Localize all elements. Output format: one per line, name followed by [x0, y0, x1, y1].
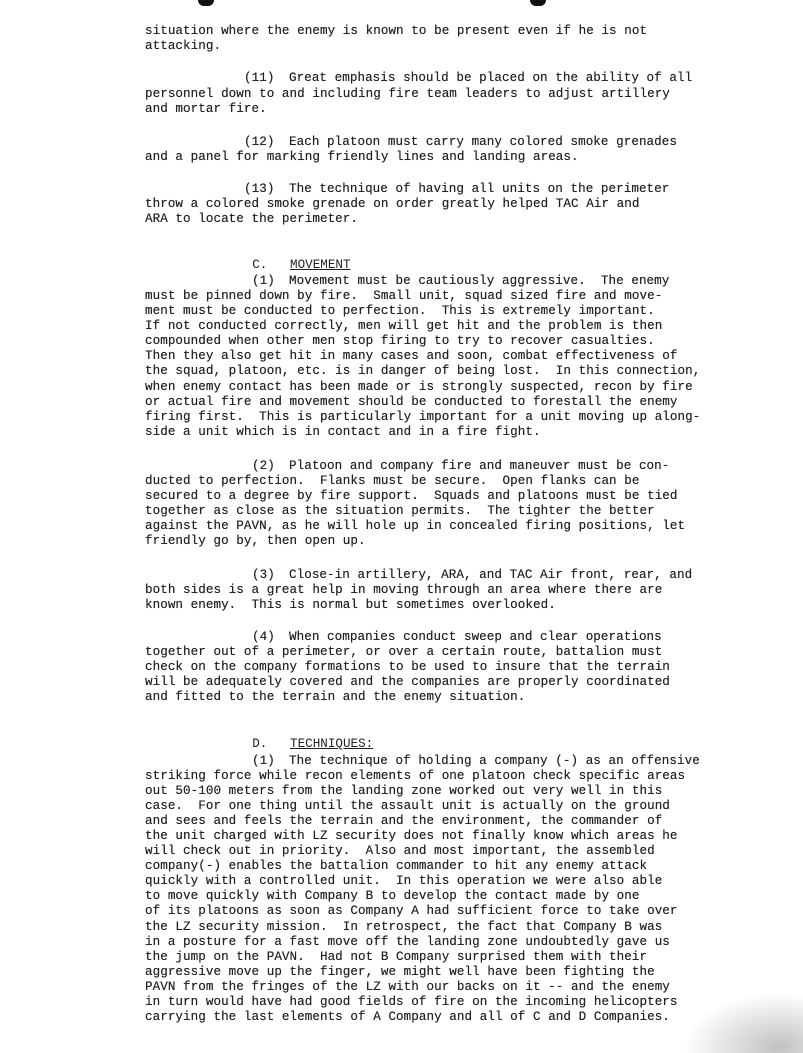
text-line: together as close as the situation permi… [145, 504, 655, 519]
document-page: situation where the enemy is known to be… [0, 0, 803, 1053]
paragraph-number: (12) [244, 135, 274, 150]
text-line: secured to a degree by fire support. Squ… [145, 489, 678, 504]
paragraph-number: (1) [252, 754, 275, 769]
text-line: ARA to locate the perimeter. [145, 212, 358, 227]
text-line: carrying the last elements of A Company … [145, 1010, 670, 1025]
text-line: will check out in priority. Also and mos… [145, 844, 655, 859]
text-line: to move quickly with Company B to develo… [145, 889, 640, 904]
text-line: situation where the enemy is known to be… [145, 24, 647, 39]
text-line: the squad, platoon, etc. is in danger of… [145, 364, 700, 379]
text-line: friendly go by, then open up. [145, 534, 366, 549]
text-line: When companies conduct sweep and clear o… [289, 630, 662, 645]
text-line: or actual fire and movement should be co… [145, 395, 678, 410]
text-line: and a panel for marking friendly lines a… [145, 150, 579, 165]
paragraph-number: (3) [252, 568, 275, 583]
paragraph-number: (13) [244, 182, 274, 197]
binder-hole-mark [530, 0, 546, 6]
text-line: Close-in artillery, ARA, and TAC Air fro… [289, 568, 692, 583]
text-line: against the PAVN, as he will hole up in … [145, 519, 685, 534]
text-line: If not conducted correctly, men will get… [145, 319, 662, 334]
text-line: ment must be conducted to perfection. Th… [145, 304, 655, 319]
text-line: company(-) enables the battalion command… [145, 859, 647, 874]
scan-noise [683, 993, 803, 1053]
text-line: in turn would have had good fields of fi… [145, 995, 678, 1010]
text-line: case. For one thing until the assault un… [145, 799, 670, 814]
text-line: throw a colored smoke grenade on order g… [145, 197, 640, 212]
text-line: compounded when other men stop firing to… [145, 334, 655, 349]
text-line: must be pinned down by fire. Small unit,… [145, 289, 662, 304]
text-line: personnel down to and including fire tea… [145, 87, 670, 102]
text-line: of its platoons as soon as Company A had… [145, 904, 678, 919]
text-line: the jump on the PAVN. Had not B Company … [145, 950, 647, 965]
text-line: check on the company formations to be us… [145, 660, 670, 675]
paragraph-number: (4) [252, 630, 275, 645]
binder-hole-mark [198, 0, 214, 6]
paragraph-number: (2) [252, 459, 275, 474]
text-line: the unit charged with LZ security does n… [145, 829, 678, 844]
section-letter: D. [252, 737, 267, 751]
text-line: and mortar fire. [145, 102, 267, 117]
text-line: in a posture for a fast move off the lan… [145, 935, 670, 950]
text-line: firing first. This is particularly impor… [145, 410, 700, 425]
section-title: MOVEMENT [290, 258, 350, 272]
text-line: known enemy. This is normal but sometime… [145, 598, 556, 613]
section-title: TECHNIQUES: [290, 737, 373, 751]
text-line: both sides is a great help in moving thr… [145, 583, 662, 598]
section-letter: C. [252, 258, 267, 272]
text-line: PAVN from the fringes of the LZ with our… [145, 980, 670, 995]
text-line: ducted to perfection. Flanks must be sec… [145, 474, 640, 489]
text-line: Platoon and company fire and maneuver mu… [289, 459, 669, 474]
text-line: aggressive move up the finger, we might … [145, 965, 655, 980]
text-line: Great emphasis should be placed on the a… [289, 71, 692, 86]
text-line: when enemy contact has been made or is s… [145, 380, 693, 395]
text-line: and fitted to the terrain and the enemy … [145, 690, 525, 705]
text-line: Each platoon must carry many colored smo… [289, 135, 677, 150]
text-line: side a unit which is in contact and in a… [145, 425, 541, 440]
text-line: quickly with a controlled unit. In this … [145, 874, 662, 889]
text-line: striking force while recon elements of o… [145, 769, 685, 784]
text-line: will be adequately covered and the compa… [145, 675, 670, 690]
text-line: attacking. [145, 39, 221, 54]
paragraph-number: (1) [252, 274, 275, 289]
text-line: together out of a perimeter, or over a c… [145, 645, 662, 660]
text-line: out 50-100 meters from the landing zone … [145, 784, 662, 799]
text-line: The technique of holding a company (-) a… [289, 754, 700, 769]
text-line: Movement must be cautiously aggressive. … [289, 274, 669, 289]
paragraph-number: (11) [244, 71, 274, 86]
text-line: The technique of having all units on the… [289, 182, 669, 197]
text-line: and sees and feels the terrain and the e… [145, 814, 662, 829]
text-line: the LZ security mission. In retrospect, … [145, 920, 662, 935]
text-line: Then they also get hit in many cases and… [145, 349, 678, 364]
